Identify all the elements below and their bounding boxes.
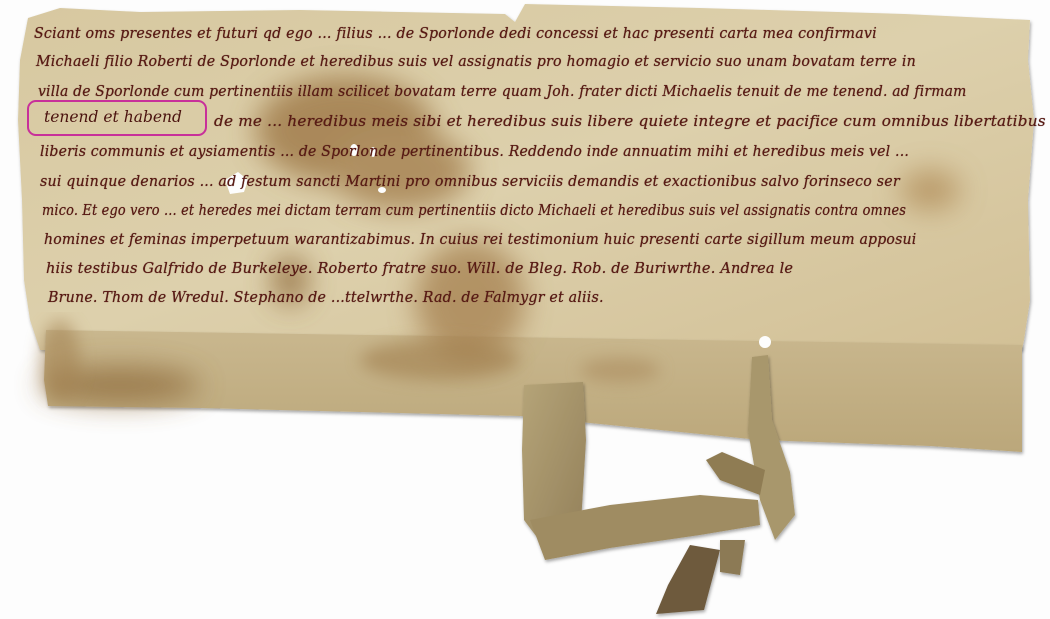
charter-line-6: sui quinque denarios ... ad festum sanct… [40, 174, 900, 190]
charter-line-1: Sciant oms presentes et futuri qd ego ..… [34, 26, 877, 42]
charter-scan: Sciant oms presentes et futuri qd ego ..… [0, 0, 1050, 619]
charter-line-3: villa de Sporlonde cum pertinentiis illa… [38, 84, 967, 100]
charter-line-5: liberis communis et aysiamentis ... de S… [40, 144, 909, 160]
charter-line-8: homines et feminas imperpetuum warantiza… [44, 232, 916, 248]
charter-line-2: Michaeli filio Roberti de Sporlonde et h… [36, 54, 916, 70]
charter-line-7: mico. Et ego vero ... et heredes mei dic… [42, 203, 906, 219]
charter-line-10: Brune. Thom de Wredul. Stephano de ...tt… [48, 290, 604, 306]
charter-line-4: de me ... heredibus meis sibi et heredib… [214, 114, 1046, 130]
highlighted-phrase: tenend et habend [44, 108, 182, 126]
charter-line-9: hiis testibus Galfrido de Burkeleye. Rob… [46, 261, 793, 277]
